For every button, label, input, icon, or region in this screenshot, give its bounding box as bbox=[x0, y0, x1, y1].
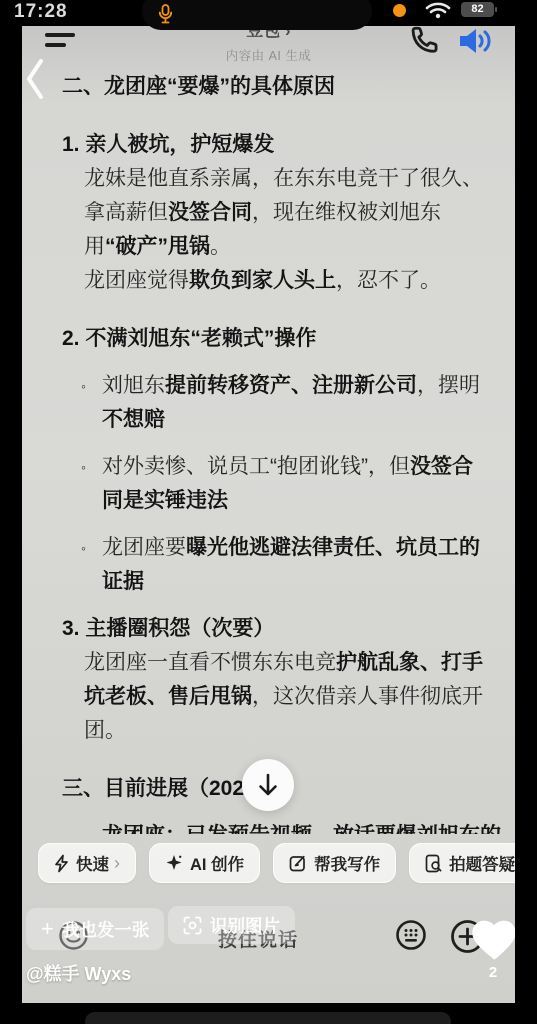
document-text: 二、龙团座“要爆”的具体原因1. 亲人被坑，护短爆发龙妹是他直系亲属，在东东电竞… bbox=[62, 70, 508, 834]
comment-input-bar[interactable] bbox=[85, 1012, 451, 1024]
quick-actions-toolbar: 快速 › AI 创作 帮我写作 bbox=[38, 843, 515, 883]
doc-line: 不想赔 bbox=[62, 403, 508, 437]
clock: 17:28 bbox=[14, 1, 68, 23]
scan-doc-icon bbox=[425, 854, 442, 873]
wifi-icon bbox=[425, 2, 451, 24]
battery-indicator: 82 bbox=[461, 2, 494, 17]
ai-create-chip[interactable]: AI 创作 bbox=[149, 843, 260, 883]
recognize-image-chip[interactable]: 识别图片 bbox=[168, 906, 295, 944]
back-chevron-icon[interactable] bbox=[24, 56, 46, 107]
doc-line: 二、龙团座“要爆”的具体原因 bbox=[62, 70, 508, 104]
photo-question-chip[interactable]: 拍题答疑 bbox=[409, 843, 515, 883]
speaker-on-icon[interactable] bbox=[456, 26, 496, 61]
chip-label: AI 创作 bbox=[190, 851, 244, 875]
scroll-to-bottom-button[interactable] bbox=[242, 759, 294, 811]
bullet-marker: ◦ bbox=[81, 819, 86, 834]
chevron-right-icon: › bbox=[114, 853, 120, 874]
plus-icon: + bbox=[41, 918, 54, 940]
chip-label: 快速 bbox=[76, 851, 109, 875]
bullet-marker: ◦ bbox=[81, 369, 86, 403]
doc-line: 1. 亲人被坑，护短爆发 bbox=[62, 128, 508, 162]
edit-icon bbox=[289, 854, 307, 872]
quick-chip[interactable]: 快速 › bbox=[38, 843, 136, 883]
arrow-down-icon bbox=[256, 772, 280, 798]
bottom-letterbox bbox=[0, 1003, 537, 1024]
video-frame: 豆包 › 内容由 AI 生成 二、龙团座“要爆”的具体原因1. 亲人被坑，护短爆… bbox=[22, 26, 515, 1003]
doc-line: 2. 不满刘旭东“老赖式”操作 bbox=[62, 322, 508, 356]
bullet-marker: ◦ bbox=[81, 531, 86, 565]
microphone-icon bbox=[158, 4, 173, 24]
lightning-icon bbox=[54, 854, 69, 873]
chip-label: 拍题答疑 bbox=[449, 851, 515, 875]
doc-line: ◦刘旭东提前转移资产、注册新公司，摆明 bbox=[62, 369, 508, 403]
doc-line: 龙妹是他直系亲属，在东东电竞干了很久、 bbox=[62, 162, 508, 196]
mic-active-dot bbox=[393, 4, 406, 17]
doc-line: ◦龙团座要曝光他逃避法律责任、坑员工的 bbox=[62, 531, 508, 565]
scan-icon bbox=[183, 916, 202, 935]
chip-label: 帮我写作 bbox=[314, 851, 380, 875]
doc-line: 3. 主播圈积怨（次要） bbox=[62, 612, 508, 646]
doc-line: ◦对外卖惨、说员工“抱团讹钱”，但没签合 bbox=[62, 450, 508, 484]
doc-line: 证据 bbox=[62, 565, 508, 599]
doc-line: 拿高薪但没签合同，现在维权被刘旭东 bbox=[62, 196, 508, 230]
doc-line: 同是实锤违法 bbox=[62, 484, 508, 518]
menu-button[interactable] bbox=[45, 31, 77, 49]
phone-screen: 17:28 82 豆包 › 内容由 AI 生成 bbox=[0, 0, 537, 1024]
doc-line: 龙团座一直看不惯东东电竞护航乱象、打手 bbox=[62, 646, 508, 680]
bullet-marker: ◦ bbox=[81, 450, 86, 484]
like-heart-icon[interactable] bbox=[468, 914, 515, 967]
help-write-chip[interactable]: 帮我写作 bbox=[273, 843, 396, 883]
sparkle-icon bbox=[165, 854, 183, 872]
keyboard-toggle-icon[interactable] bbox=[394, 918, 428, 957]
chip-label: 识别图片 bbox=[210, 913, 280, 938]
chip-label: 我也发一张 bbox=[62, 917, 150, 942]
conversation-header[interactable]: 豆包 › 内容由 AI 生成 bbox=[22, 26, 515, 64]
ai-disclaimer: 内容由 AI 生成 bbox=[22, 46, 515, 64]
doc-line: ◦龙团座：已发预告视频，放话要爆刘旭东的 bbox=[62, 819, 508, 834]
doc-line: 坑老板、售后甩锅，这次借亲人事件彻底开 bbox=[62, 680, 508, 714]
send-photo-too-chip[interactable]: + 我也发一张 bbox=[26, 908, 164, 950]
doc-line: 团。 bbox=[62, 714, 508, 748]
doc-line: 龙团座觉得欺负到家人头上，忍不了。 bbox=[62, 264, 508, 298]
mic-indicator-pill[interactable] bbox=[142, 0, 372, 30]
doc-line: 用“破产”甩锅。 bbox=[62, 230, 508, 264]
creator-username[interactable]: @糕手 Wyxs bbox=[26, 960, 131, 986]
phone-call-icon[interactable] bbox=[406, 26, 440, 63]
